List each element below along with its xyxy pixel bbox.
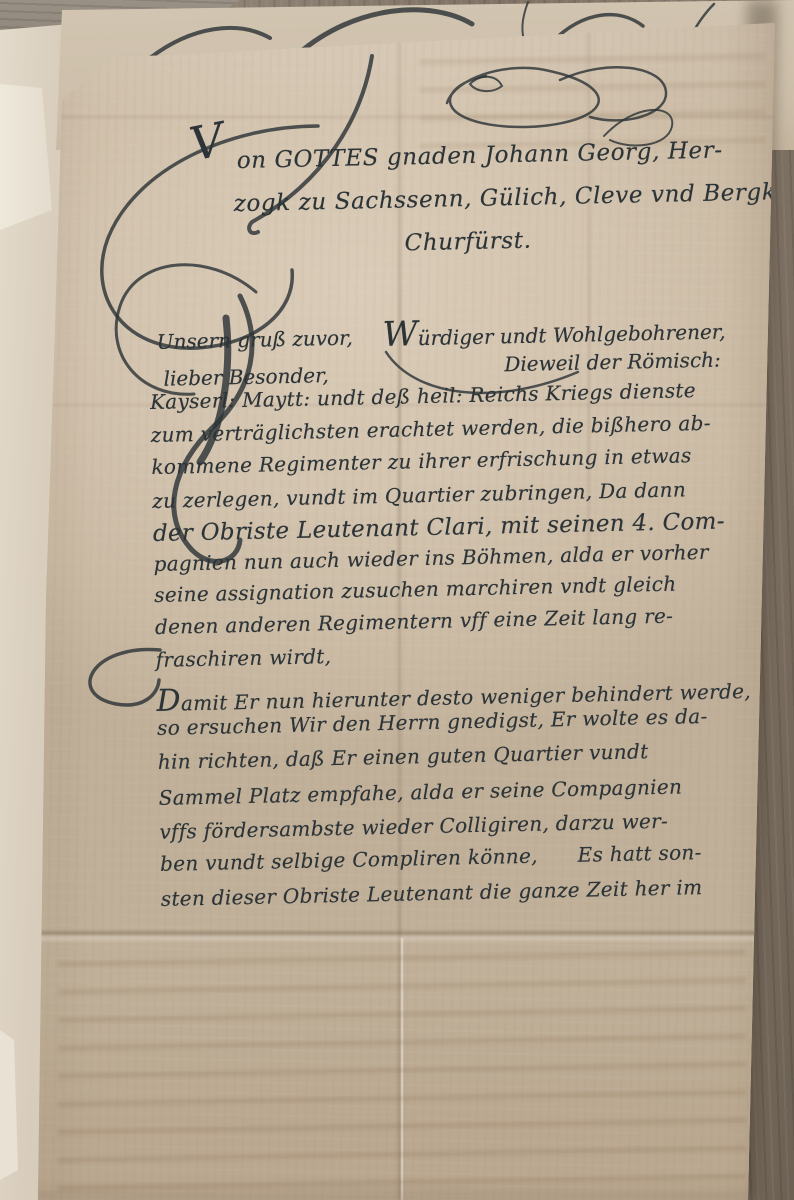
manuscript-page: V on GOTTES gnaden Johann Georg, Her- zo… (0, 0, 794, 1200)
paper-edge-vignette (0, 0, 794, 1200)
photo-scene: V on GOTTES gnaden Johann Georg, Her- zo… (0, 0, 794, 1200)
